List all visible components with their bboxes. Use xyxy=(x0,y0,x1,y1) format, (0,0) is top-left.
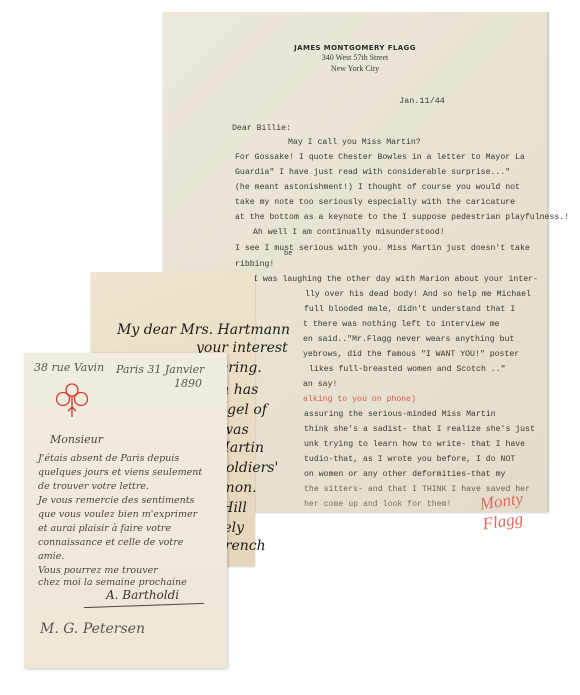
letter-line: de trouver votre lettre. xyxy=(38,481,149,492)
letter-line: an say! xyxy=(303,380,337,389)
letter-line: quelques jours et viens seulement xyxy=(38,467,202,478)
dateline: Paris 31 Janvier xyxy=(116,363,204,376)
salutation: Monsieur xyxy=(50,433,103,446)
letter-line: Je vous remercie des sentiments xyxy=(38,495,194,506)
letter-line: full blooded male, didn't understand tha… xyxy=(304,305,515,314)
french-handwritten-letter: 38 rue Vavin Paris 31 Janvier 1890 Monsi… xyxy=(24,353,227,668)
letter-line: Ah well I am continually misunderstood! xyxy=(253,228,445,237)
letter-line: que vous voulez bien m'exprimer xyxy=(38,509,197,520)
letter-line: think she's a sadist- that I realize she… xyxy=(304,425,535,434)
letter-line: on women or any other deformities-that m… xyxy=(304,470,505,479)
letter-line: likes full-breasted women and Scotch .." xyxy=(309,365,506,374)
letter-line: connaissance et celle de votre xyxy=(38,537,183,548)
letterhead-city: New York City xyxy=(163,63,547,74)
street-address: 38 rue Vavin xyxy=(34,361,104,374)
letter-date: Jan.11/44 xyxy=(399,96,445,106)
letter-line: I see I must serious with you. Miss Mart… xyxy=(235,244,530,253)
letter-line: I was laughing the other day with Marion… xyxy=(253,275,538,284)
letter-line: lly over his dead body! And so help me M… xyxy=(305,290,531,299)
letter-line: May I call you Miss Martin? xyxy=(288,138,421,147)
letterhead: JAMES MONTGOMERY FLAGG 340 West 57th Str… xyxy=(163,44,547,74)
letter-line: en said.."Mr.Flagg never wears anything … xyxy=(303,335,514,344)
letter-line: assuring the serious-minded Miss Martin xyxy=(304,410,496,419)
recipient-name: M. G. Petersen xyxy=(40,621,145,637)
letter-line: ribbing! xyxy=(235,260,274,269)
signature: A. Bartholdi xyxy=(106,588,179,602)
letter-line: (he meant astonishment!) I thought of co… xyxy=(235,183,520,192)
letter-line: et aurai plaisir à faire votre xyxy=(38,523,171,534)
letter-line: unk trying to learn how to write- that I… xyxy=(304,440,525,449)
letter-line: yebrows, did the famous "I WANT YOU!" po… xyxy=(303,350,519,359)
letter-line: chez moi la semaine prochaine xyxy=(38,577,187,588)
salutation: Dear Billie: xyxy=(232,124,291,133)
letterhead-name: JAMES MONTGOMERY FLAGG xyxy=(163,44,547,52)
letterhead-address: 340 West 57th Street xyxy=(163,52,547,63)
letter-line: at the bottom as a keynote to the I supp… xyxy=(235,213,569,222)
letter-line: Vous pourrez me trouver xyxy=(38,565,158,576)
letter-line: t there was nothing left to interview me xyxy=(303,320,500,329)
red-typed-line: alking to you on phone) xyxy=(303,395,416,404)
letter-line: take my note too seriously especially wi… xyxy=(235,198,515,207)
letter-line: her come up and look for them! xyxy=(304,500,451,509)
signature: Monty Flagg xyxy=(479,486,550,535)
letter-line: amie. xyxy=(38,551,64,562)
letter-line: J'étais absent de Paris depuis xyxy=(38,453,179,464)
letter-line: Guardia" I have just read with considera… xyxy=(235,168,510,177)
signature-underline xyxy=(84,603,204,608)
letter-line: For Gossake! I quote Chester Bowles in a… xyxy=(235,153,525,162)
year: 1890 xyxy=(174,377,202,390)
letter-line: tudio-that, as I wrote you before, I do … xyxy=(304,455,515,464)
red-trefoil-monogram-icon xyxy=(54,381,90,421)
handwritten-line: My dear Mrs. Hartmann xyxy=(117,322,290,338)
